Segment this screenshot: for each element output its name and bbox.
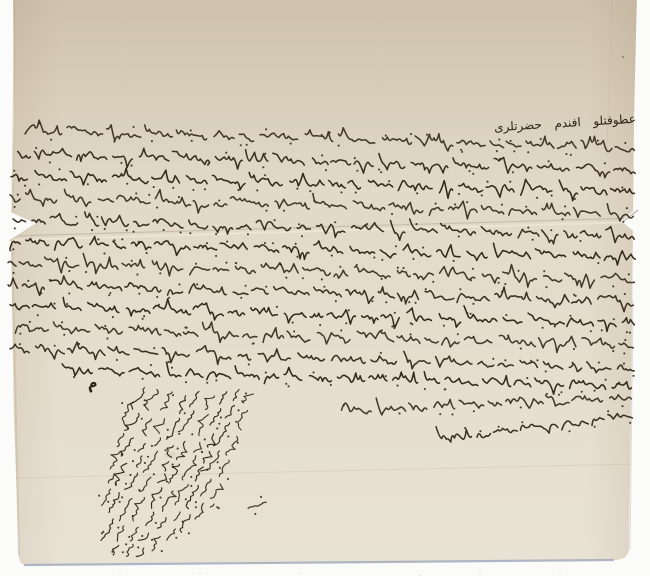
- salutation-word-2: افندم: [554, 115, 581, 131]
- letter-paper-svg: [0, 0, 650, 576]
- salutation-word-1: عطوفتلو: [593, 112, 637, 129]
- salutation-word-3: حضرتلری: [494, 117, 543, 134]
- paper-speck: [622, 56, 624, 58]
- paper-edge-vignette: [11, 0, 637, 565]
- scanned-letter-photo: عطوفتلو افندم حضرتلری م: [0, 0, 650, 576]
- paper-stain: [164, 452, 176, 458]
